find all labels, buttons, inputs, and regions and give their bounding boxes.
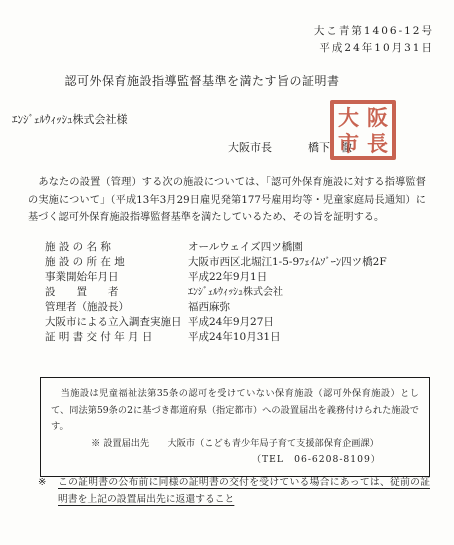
row-value: 平成24年9月27日 [188, 315, 274, 330]
footnote-text: この証明書の公布前に同様の証明書の交付を受けている場合にあっては、従前の証明書を… [58, 474, 430, 508]
table-row: 管理者（施設長） 福西麻弥 [45, 300, 425, 315]
row-label: 設 置 者 [45, 285, 188, 300]
row-label: 大阪市による立入調査実施日 [45, 315, 188, 330]
issue-date-header: 平成24年10月31日 [319, 40, 434, 55]
seal-char: 阪 [367, 107, 388, 128]
table-row: 大阪市による立入調査実施日 平成24年9月27日 [45, 315, 425, 330]
body-paragraph: あなたの設置（管理）する次の施設については、「認可外保育施設に対する指導監督の実… [28, 174, 426, 227]
table-row: 施 設 の 所 在 地 大阪市西区北堀江1-5-9ﾌｪｲﾑｿﾞｰﾝ四ツ橋2F [45, 255, 425, 270]
footnote-mark: ※ [38, 474, 58, 508]
row-value: オールウェイズ四ツ橋園 [188, 240, 303, 255]
row-value: 大阪市西区北堀江1-5-9ﾌｪｲﾑｿﾞｰﾝ四ツ橋2F [188, 255, 387, 270]
notice-paragraph: 当施設は児童福祉法第35条の認可を受けていない保育施設（認可外保育施設）として、… [51, 386, 419, 436]
footnote: ※ この証明書の公布前に同様の証明書の交付を受けている場合にあっては、従前の証明… [38, 474, 430, 508]
row-label: 施 設 の 名 称 [45, 240, 188, 255]
table-row: 証 明 書 交 付 年 月 日 平成24年10月31日 [45, 330, 425, 345]
row-label: 事業開始年月日 [45, 270, 188, 285]
mayor-seal: 大 阪 市 長 [330, 100, 396, 160]
certificate-page: 大こ青第1406-12号 平成24年10月31日 認可外保育施設指導監督基準を満… [0, 0, 454, 545]
row-label: 施 設 の 所 在 地 [45, 255, 188, 270]
notice-tel-line: （TEL 06-6208-8109） [51, 452, 419, 469]
table-row: 施 設 の 名 称 オールウェイズ四ツ橋園 [45, 240, 425, 255]
seal-char: 大 [338, 107, 359, 128]
notice-contact-line: ※ 設置届出先 大阪市（こども青少年局子育て支援部保育企画課） [51, 436, 419, 453]
row-value: 福西麻弥 [188, 300, 230, 315]
doc-number: 大こ青第1406-12号 [314, 23, 434, 38]
seal-char: 市 [338, 133, 359, 154]
row-value: 平成24年10月31日 [188, 330, 281, 345]
addressee: ｴﾝｼﾞｪﾙｳｨｯｼｭ株式会社様 [12, 111, 128, 127]
seal-char: 長 [367, 133, 388, 154]
notice-box: 当施設は児童福祉法第35条の認可を受けていない保育施設（認可外保育施設）として、… [40, 377, 430, 477]
table-row: 事業開始年月日 平成22年9月1日 [45, 270, 425, 285]
row-value: 平成22年9月1日 [188, 270, 267, 285]
document-title: 認可外保育施設指導監督基準を満たす旨の証明書 [0, 72, 429, 89]
issuer-title: 大阪市長 [228, 141, 272, 154]
row-label: 管理者（施設長） [45, 300, 188, 315]
row-value: ｴﾝｼﾞｪﾙｳｨｯｼｭ株式会社 [188, 285, 283, 300]
table-row: 設 置 者 ｴﾝｼﾞｪﾙｳｨｯｼｭ株式会社 [45, 285, 425, 300]
row-label: 証 明 書 交 付 年 月 日 [45, 330, 188, 345]
facility-table: 施 設 の 名 称 オールウェイズ四ツ橋園 施 設 の 所 在 地 大阪市西区北… [45, 240, 425, 345]
